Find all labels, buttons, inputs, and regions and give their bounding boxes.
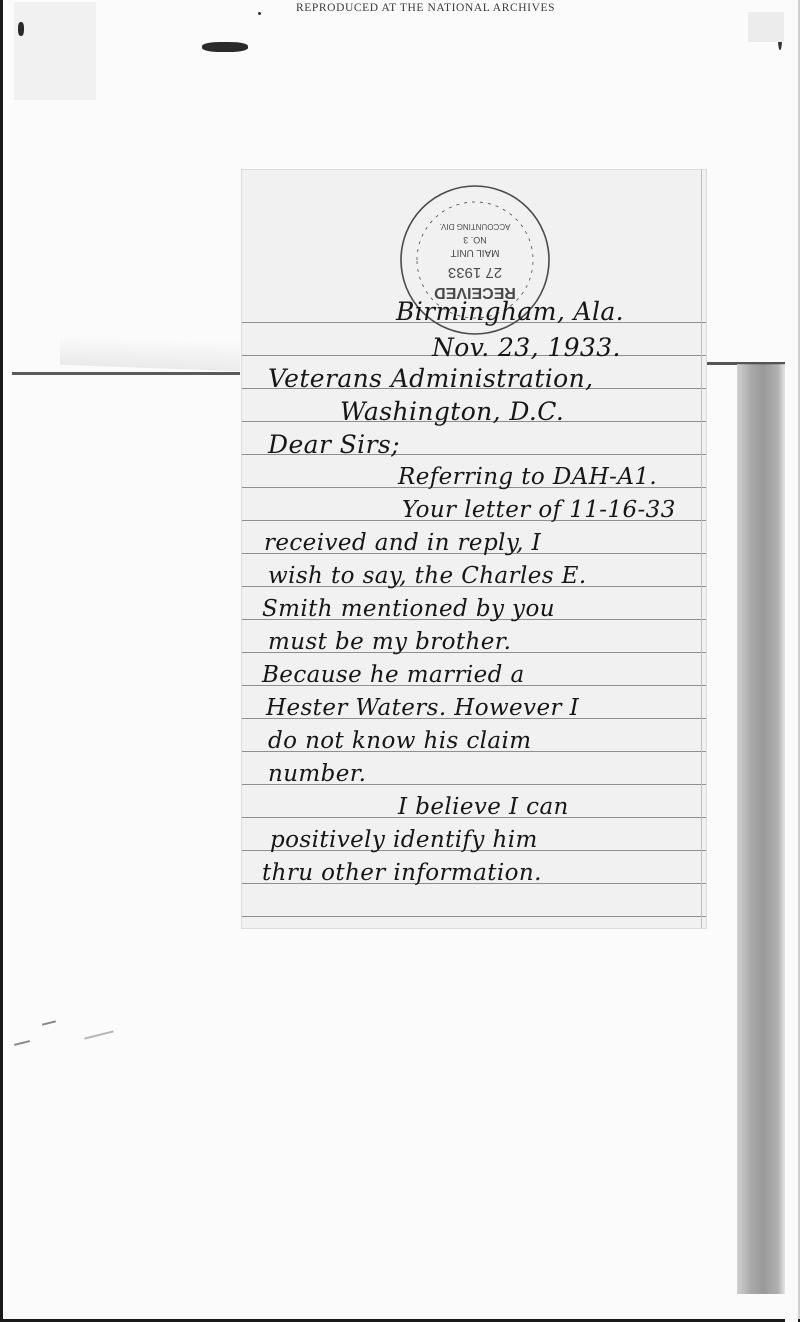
ink-smear xyxy=(42,1020,56,1025)
ink-smudge xyxy=(202,42,248,52)
fold-shadow xyxy=(60,335,240,371)
ruled-line xyxy=(242,916,706,917)
letter-date: Nov. 23, 1933. xyxy=(432,333,621,362)
ink-smear xyxy=(84,1030,114,1039)
body-line: positively identify him xyxy=(270,827,538,853)
stamp-mail-unit-text: MAIL UNIT xyxy=(450,247,499,258)
stamp-number-text: NO. 3 xyxy=(463,235,487,245)
body-line: Because he married a xyxy=(262,662,525,688)
backing-edge xyxy=(785,0,798,1322)
body-line: wish to say, the Charles E. xyxy=(268,563,587,589)
body-line: do not know his claim xyxy=(268,728,532,754)
letter-place: Birmingham, Ala. xyxy=(396,297,624,326)
body-line: number. xyxy=(268,761,366,787)
background-stain xyxy=(14,2,96,100)
archive-reproduction-label: REPRODUCED AT THE NATIONAL ARCHIVES xyxy=(296,2,555,14)
stamp-division-text: ACCOUNTING DIV. xyxy=(440,222,511,231)
backing-shadow-strip xyxy=(737,364,785,1294)
speckle xyxy=(258,12,261,15)
stamp-date-text: 27 1933 xyxy=(448,264,502,281)
body-line: Smith mentioned by you xyxy=(262,596,555,622)
scan-border-left xyxy=(0,0,3,1322)
background-stain xyxy=(748,12,784,42)
salutation: Dear Sirs; xyxy=(268,430,400,459)
backing-fold-line xyxy=(12,372,240,375)
body-line: I believe I can xyxy=(398,794,569,820)
body-line: received and in reply, I xyxy=(264,530,541,556)
body-line: thru other information. xyxy=(262,860,542,886)
paper-right-edge xyxy=(701,170,702,928)
ink-smear xyxy=(14,1040,30,1046)
body-line: Hester Waters. However I xyxy=(266,695,579,721)
addressee-line-1: Veterans Administration, xyxy=(268,364,593,393)
ink-smudge xyxy=(18,22,24,36)
reference-line: Referring to DAH-A1. xyxy=(398,464,657,490)
body-line: Your letter of 11-16-33 xyxy=(402,497,676,523)
addressee-line-2: Washington, D.C. xyxy=(340,397,564,426)
body-line: must be my brother. xyxy=(268,629,511,655)
